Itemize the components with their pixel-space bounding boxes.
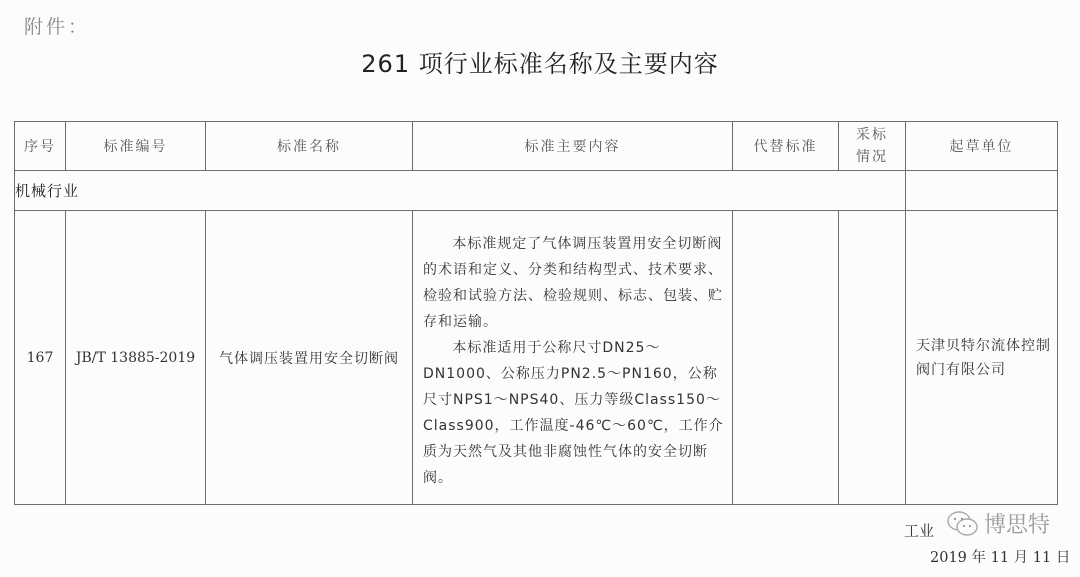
content-paragraph-applicability: 本标准适用于公称尺寸DN25～DN1000、公称压力PN2.5～PN160，公称… bbox=[423, 335, 724, 491]
table-header-row: 序号 标准编号 标准名称 标准主要内容 代替标准 采标 情况 起草单位 bbox=[15, 122, 1058, 171]
watermark-text: 博思特 bbox=[984, 508, 1050, 539]
standards-table: 序号 标准编号 标准名称 标准主要内容 代替标准 采标 情况 起草单位 机械行业… bbox=[14, 121, 1058, 505]
column-header-adoption: 采标 情况 bbox=[839, 122, 906, 171]
adoption-label-line2: 情况 bbox=[856, 149, 888, 165]
section-label: 机械行业 bbox=[15, 171, 906, 211]
wechat-icon bbox=[946, 510, 980, 538]
cell-standard-name: 气体调压装置用安全切断阀 bbox=[206, 211, 413, 505]
section-empty-cell bbox=[906, 171, 1058, 211]
column-header-drafter: 起草单位 bbox=[906, 122, 1058, 171]
cell-drafting-unit: 天津贝特尔流体控制阀门有限公司 bbox=[906, 211, 1058, 505]
section-row: 机械行业 bbox=[15, 171, 1058, 211]
cell-replaces bbox=[733, 211, 839, 505]
column-header-seq: 序号 bbox=[15, 122, 66, 171]
adoption-label-line1: 采标 bbox=[856, 127, 888, 143]
column-header-replaces: 代替标准 bbox=[733, 122, 839, 171]
document-title: 261 项行业标准名称及主要内容 bbox=[0, 44, 1080, 79]
cell-seq: 167 bbox=[15, 211, 66, 505]
column-header-content: 标准主要内容 bbox=[413, 122, 733, 171]
column-header-code: 标准编号 bbox=[66, 122, 206, 171]
column-header-name: 标准名称 bbox=[206, 122, 413, 171]
cell-adoption bbox=[839, 211, 906, 505]
table-row: 167 JB/T 13885-2019 气体调压装置用安全切断阀 本标准规定了气… bbox=[15, 211, 1058, 505]
issue-date: 2019 年 11 月 11 日 bbox=[930, 546, 1070, 567]
issuer-name: 工业 bbox=[904, 520, 934, 541]
attachment-label: 附件： bbox=[24, 12, 90, 39]
content-paragraph-scope: 本标准规定了气体调压装置用安全切断阀的术语和定义、分类和结构型式、技术要求、检验… bbox=[423, 231, 724, 335]
cell-standard-content: 本标准规定了气体调压装置用安全切断阀的术语和定义、分类和结构型式、技术要求、检验… bbox=[413, 211, 733, 505]
cell-standard-code: JB/T 13885-2019 bbox=[66, 211, 206, 505]
watermark: 博思特 bbox=[946, 508, 1050, 539]
